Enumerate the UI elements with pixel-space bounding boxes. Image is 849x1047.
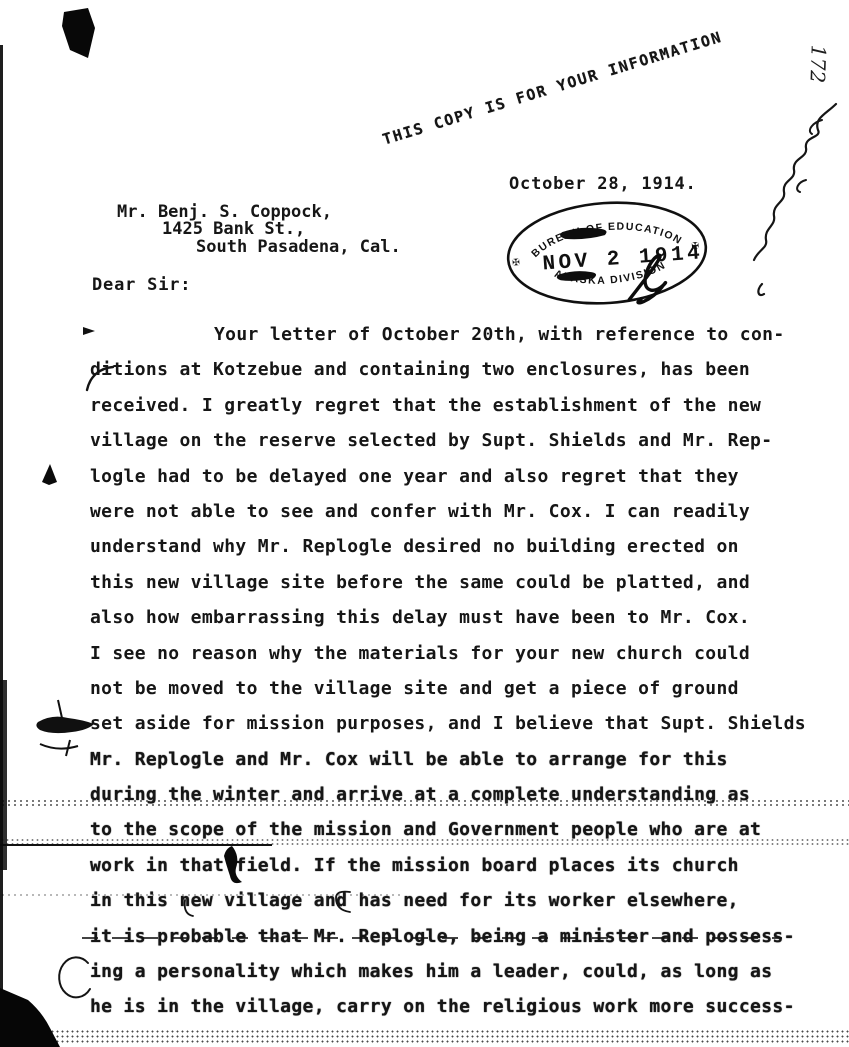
handwriting-small-hooks bbox=[185, 892, 350, 916]
scanned-letter-page: THIS COPY IS FOR YOUR INFORMATION Octobe… bbox=[0, 0, 849, 1047]
handwriting-hook-mark bbox=[87, 367, 113, 390]
scan-blob-top-left bbox=[62, 8, 95, 58]
margin-arrow-mark bbox=[83, 327, 95, 335]
ink-blotch bbox=[224, 846, 242, 883]
scan-artifacts-overlay bbox=[0, 0, 849, 1047]
scan-corner-blob bbox=[0, 988, 60, 1047]
handwriting-loop-mark bbox=[59, 957, 90, 997]
scan-blob-left bbox=[42, 464, 57, 485]
scan-smudge-left bbox=[36, 717, 94, 733]
margin-handwriting-scribble bbox=[754, 104, 836, 295]
